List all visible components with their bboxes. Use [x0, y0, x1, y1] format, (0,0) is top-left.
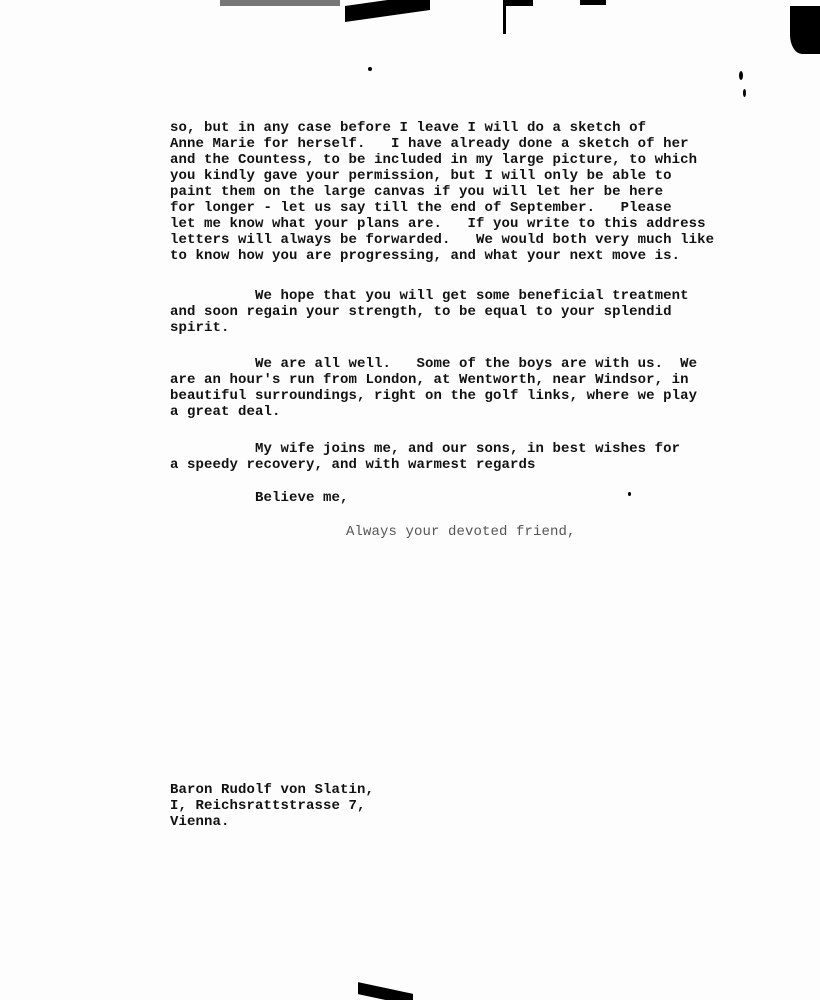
scan-artifact-top: [345, 0, 430, 22]
text-line: paint them on the large canvas if you wi…: [170, 184, 663, 200]
closing: Believe me,: [170, 490, 349, 506]
text-line: are an hour's run from London, at Wentwo…: [170, 372, 689, 388]
scan-speck: [628, 492, 631, 496]
scan-artifact-right-edge: [790, 6, 820, 54]
scan-artifact-wedge: [503, 0, 533, 6]
recipient-name: Baron Rudolf von Slatin,: [170, 782, 374, 798]
text-line: letters will always be forwarded. We wou…: [170, 232, 714, 248]
text-line: you kindly gave your permission, but I w…: [170, 168, 672, 184]
recipient-city: Vienna.: [170, 814, 230, 830]
signoff: Always your devoted friend,: [346, 524, 576, 540]
text-line: a speedy recovery, and with warmest rega…: [170, 457, 536, 473]
text-line: My wife joins me, and our sons, in best …: [170, 441, 680, 457]
text-line: so, but in any case before I leave I wil…: [170, 120, 646, 136]
text-line: for longer - let us say till the end of …: [170, 200, 672, 216]
recipient-street: I, Reichsrattstrasse 7,: [170, 798, 366, 814]
scan-artifact-wedge-2: [580, 0, 606, 5]
text-line: a great deal.: [170, 404, 281, 420]
scan-speck: [739, 71, 743, 80]
scan-artifact-top-smudge: [220, 0, 340, 6]
text-line: spirit.: [170, 320, 230, 336]
text-line: beautiful surroundings, right on the gol…: [170, 388, 697, 404]
scan-artifact-bottom: [358, 982, 413, 1000]
text-line: We hope that you will get some beneficia…: [170, 288, 689, 304]
letter-page: so, but in any case before I leave I wil…: [0, 0, 820, 1000]
text-line: and the Countess, to be included in my l…: [170, 152, 697, 168]
text-line: let me know what your plans are. If you …: [170, 216, 706, 232]
scan-speck: [368, 67, 372, 71]
text-line: Anne Marie for herself. I have already d…: [170, 136, 689, 152]
text-line: and soon regain your strength, to be equ…: [170, 304, 672, 320]
text-line: We are all well. Some of the boys are wi…: [170, 356, 697, 372]
scan-speck: [743, 89, 746, 97]
text-line: to know how you are progressing, and wha…: [170, 248, 680, 264]
